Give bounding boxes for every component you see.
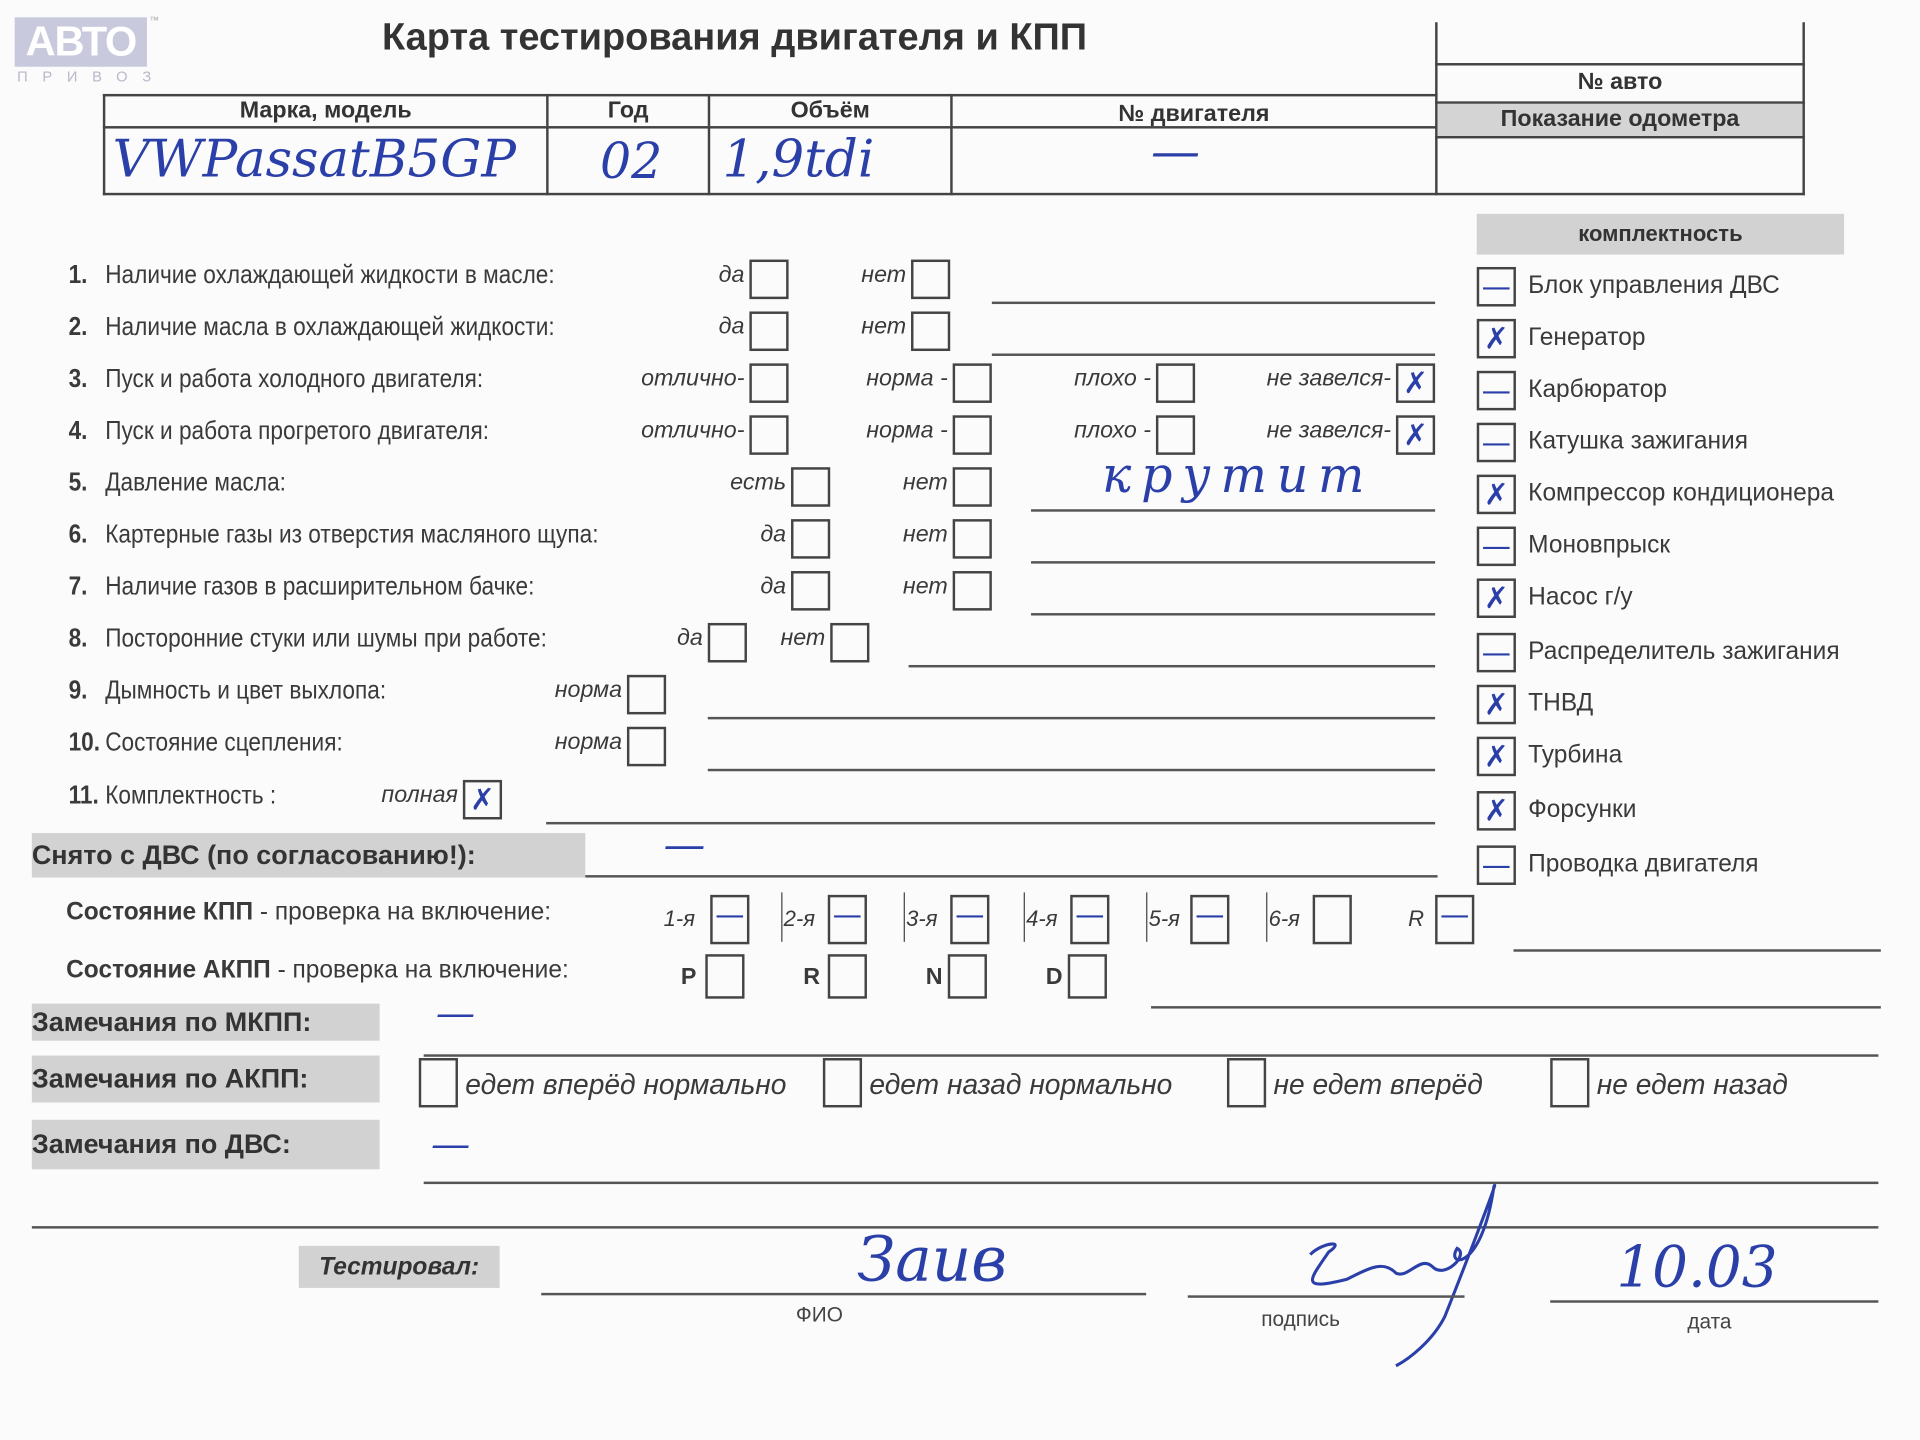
gear-label: 6-я	[1269, 906, 1300, 932]
remarks-dvs-line	[424, 1182, 1879, 1184]
gear-label: R	[1408, 906, 1424, 932]
note-line	[708, 769, 1435, 771]
remarks-dvs-value[interactable]: —	[431, 1120, 470, 1167]
name-line	[541, 1293, 1146, 1295]
gear-separator	[904, 892, 905, 941]
car-number-label: № авто	[1438, 69, 1803, 96]
note-line	[909, 665, 1436, 667]
signature[interactable]	[1273, 1180, 1518, 1372]
option-label: да	[760, 574, 786, 601]
gear-checkbox[interactable]: —	[1435, 895, 1474, 944]
option-checkbox[interactable]	[791, 467, 830, 507]
option-checkbox[interactable]	[749, 260, 788, 300]
note-line	[1031, 561, 1435, 563]
option-checkbox[interactable]	[627, 727, 666, 767]
option-label: плохо -	[1074, 418, 1151, 445]
kit-checkbox[interactable]: ✗	[1477, 791, 1516, 831]
dash-icon: —	[1479, 848, 1513, 883]
removed-label: Снято с ДВС (по согласованию!):	[32, 833, 585, 877]
tester-name-value[interactable]: Заив	[857, 1224, 1007, 1296]
kit-checkbox[interactable]: ✗	[1477, 475, 1516, 515]
odometer-value[interactable]	[1438, 138, 1803, 192]
option-label: не завелся-	[1267, 366, 1391, 393]
dash-icon: —	[1479, 373, 1513, 408]
gear-label: 3-я	[906, 906, 937, 932]
question-text: Состояние сцепления:	[105, 728, 343, 756]
question-5: 5.Давление масла:	[69, 468, 286, 498]
question-8: 8.Посторонние стуки или шумы при работе:	[69, 624, 547, 654]
dash-icon: —	[1073, 897, 1107, 941]
gear-label: 1-я	[664, 906, 695, 932]
question-7: 7.Наличие газов в расширительном бачке:	[69, 572, 535, 602]
option-checkbox[interactable]	[708, 623, 747, 663]
question-number: 6.	[69, 520, 106, 550]
page-title: Карта тестирования двигателя и КПП	[382, 15, 1087, 59]
option-checkbox[interactable]	[791, 571, 830, 611]
option-label: нет	[903, 470, 948, 497]
check-x-icon: ✗	[1398, 366, 1432, 401]
option-checkbox[interactable]	[911, 311, 950, 351]
check-x-icon: ✗	[1479, 739, 1513, 774]
note-line	[1031, 613, 1435, 615]
question-text: Давление масла:	[105, 468, 286, 496]
remarks-akpp-label: Замечания по АКПП:	[32, 1056, 380, 1103]
position-checkbox[interactable]	[705, 954, 744, 998]
note-line	[708, 717, 1435, 719]
auto-gearbox-label: Состояние АКПП - проверка на включение:	[66, 957, 569, 985]
kit-checkbox[interactable]: —	[1477, 845, 1516, 885]
kit-item-label: Проводка двигателя	[1528, 850, 1758, 878]
dash-icon: —	[1479, 269, 1513, 304]
manual-gearbox-line	[1513, 949, 1880, 951]
option-label: отлично-	[641, 418, 744, 445]
note-line	[992, 302, 1435, 304]
option-label: нет	[903, 574, 948, 601]
question-text: Дымность и цвет выхлопа:	[105, 676, 386, 704]
question-text: Наличие газов в расширительном бачке:	[105, 572, 534, 600]
akpp-option-checkbox[interactable]	[419, 1058, 458, 1107]
option-label: нет	[780, 625, 825, 652]
option-checkbox[interactable]	[749, 415, 788, 455]
option-label: нет	[903, 522, 948, 549]
option-label: нет	[861, 314, 906, 341]
kit-item-label: Насос г/у	[1528, 583, 1632, 611]
option-checkbox[interactable]	[627, 675, 666, 715]
signature-caption: подпись	[1261, 1308, 1340, 1333]
kit-item-label: Блок управления ДВС	[1528, 272, 1780, 300]
gear-separator	[1266, 892, 1267, 941]
question-10: 10.Состояние сцепления:	[69, 728, 343, 758]
option-label: не завелся-	[1267, 418, 1391, 445]
position-label: R	[803, 964, 820, 991]
check-x-icon: ✗	[1479, 321, 1513, 356]
note-line	[1031, 509, 1435, 511]
option-label: отлично-	[641, 366, 744, 393]
akpp-option-label: не едет вперёд	[1273, 1068, 1482, 1101]
kit-checkbox[interactable]: —	[1477, 267, 1516, 307]
dash-icon: —	[1479, 529, 1513, 564]
option-checkbox[interactable]	[1156, 363, 1195, 403]
akpp-option-checkbox[interactable]	[823, 1058, 862, 1107]
question-number: 9.	[69, 676, 106, 706]
position-label: P	[681, 964, 697, 991]
gear-separator	[781, 892, 782, 941]
gear-checkbox[interactable]: —	[1190, 895, 1229, 944]
question-number: 5.	[69, 468, 106, 498]
col-year: Год	[549, 98, 708, 125]
option-label: нет	[861, 262, 906, 289]
gear-checkbox[interactable]: —	[1070, 895, 1109, 944]
kit-item-label: Катушка зажигания	[1528, 428, 1748, 456]
check-x-icon: ✗	[1479, 477, 1513, 512]
date-value[interactable]: 10.03	[1616, 1234, 1777, 1301]
question-number: 3.	[69, 365, 106, 395]
question-number: 1.	[69, 261, 106, 291]
kit-checkbox[interactable]: ✗	[1477, 578, 1516, 618]
gear-checkbox[interactable]: —	[828, 895, 867, 944]
question-text: Пуск и работа прогретого двигателя:	[105, 417, 489, 445]
gear-checkbox[interactable]	[1313, 895, 1352, 944]
check-x-icon: ✗	[1479, 794, 1513, 829]
question-number: 4.	[69, 417, 106, 447]
volume-value[interactable]: 1,9tdi	[722, 129, 874, 190]
removed-line	[585, 875, 1437, 877]
kit-checkbox[interactable]: ✗	[1477, 737, 1516, 777]
option-checkbox[interactable]	[953, 519, 992, 559]
option-label: норма -	[866, 366, 948, 393]
remarks-mkpp-line	[424, 1054, 1879, 1056]
option-label: да	[719, 314, 745, 341]
signature-line	[1188, 1295, 1465, 1297]
option-checkbox[interactable]	[830, 623, 869, 663]
option-label: плохо -	[1074, 366, 1151, 393]
gear-label: 4-я	[1026, 906, 1057, 932]
kit-item-label: ТНВД	[1528, 690, 1593, 718]
remarks-dvs-label: Замечания по ДВС:	[32, 1120, 380, 1169]
check-x-icon: ✗	[1479, 581, 1513, 616]
position-label: N	[926, 964, 943, 991]
logo-tm: ™	[149, 15, 159, 26]
note-value[interactable]: крутит	[1102, 447, 1374, 504]
position-checkbox[interactable]	[948, 954, 987, 998]
logo-subtitle: ПРИВОЗ	[17, 68, 166, 85]
kit-item-label: Моновпрыск	[1528, 531, 1670, 559]
date-caption: дата	[1687, 1310, 1731, 1335]
kit-item-label: Турбина	[1528, 742, 1622, 770]
kit-checkbox[interactable]: —	[1477, 371, 1516, 411]
option-checkbox[interactable]	[953, 363, 992, 403]
kit-item-label: Карбюратор	[1528, 376, 1667, 404]
option-checkbox[interactable]	[749, 311, 788, 351]
kit-checkbox[interactable]: —	[1477, 633, 1516, 673]
question-2: 2.Наличие масла в охлаждающей жидкости:	[69, 313, 555, 343]
question-1: 1.Наличие охлаждающей жидкости в масле:	[69, 261, 555, 291]
manual-gearbox-label: Состояние КПП - проверка на включение:	[66, 899, 551, 927]
auto-gearbox-line	[1151, 1006, 1881, 1008]
gear-checkbox[interactable]: —	[950, 895, 989, 944]
kit-item-label: Распределитель зажигания	[1528, 638, 1839, 666]
dash-icon: —	[1193, 897, 1227, 941]
question-number: 7.	[69, 572, 106, 602]
option-label: полная	[381, 782, 458, 809]
kit-checkbox[interactable]: —	[1477, 527, 1516, 567]
gear-checkbox[interactable]: —	[710, 895, 749, 944]
name-caption: ФИО	[796, 1303, 843, 1328]
check-x-icon: ✗	[465, 782, 499, 817]
check-x-icon: ✗	[1479, 687, 1513, 722]
akpp-option-label: едет вперёд нормально	[465, 1068, 786, 1101]
dash-icon: —	[1479, 425, 1513, 460]
test-card-document: АВТО ™ ПРИВОЗ Карта тестирования двигате…	[0, 0, 1920, 1440]
engine-number-value[interactable]: —	[1151, 124, 1200, 181]
odometer-label: Показание одометра	[1438, 106, 1803, 133]
option-checkbox[interactable]: ✗	[1396, 415, 1435, 455]
question-6: 6.Картерные газы из отверстия масляного …	[69, 520, 599, 550]
option-label: норма	[555, 677, 622, 704]
question-11: 11.Комплектность :	[69, 781, 277, 811]
question-number: 11.	[69, 781, 106, 811]
option-checkbox[interactable]: ✗	[1396, 363, 1435, 403]
option-label: да	[677, 625, 703, 652]
kit-item-label: Форсунки	[1528, 796, 1636, 824]
option-checkbox[interactable]	[953, 415, 992, 455]
option-label: есть	[730, 470, 786, 497]
position-checkbox[interactable]	[1068, 954, 1107, 998]
option-label: норма -	[866, 418, 948, 445]
dash-icon: —	[1438, 897, 1472, 941]
question-9: 9.Дымность и цвет выхлопа:	[69, 676, 387, 706]
akpp-option-label: не едет назад	[1597, 1068, 1788, 1101]
tested-label: Тестировал:	[299, 1246, 500, 1288]
logo: АВТО	[15, 17, 147, 66]
question-text: Пуск и работа холодного двигателя:	[105, 365, 483, 393]
kit-item-label: Генератор	[1528, 324, 1645, 352]
dash-icon: —	[953, 897, 987, 941]
question-3: 3.Пуск и работа холодного двигателя:	[69, 365, 484, 395]
remarks-mkpp-label: Замечания по МКПП:	[32, 1004, 380, 1041]
option-checkbox[interactable]	[791, 519, 830, 559]
check-x-icon: ✗	[1398, 418, 1432, 453]
gear-separator	[1146, 892, 1147, 941]
akpp-option-label: едет назад нормально	[869, 1068, 1172, 1101]
year-value[interactable]: 02	[600, 133, 662, 190]
position-label: D	[1046, 964, 1063, 991]
remarks-mkpp-value[interactable]: —	[436, 989, 475, 1036]
kit-header: комплектность	[1477, 214, 1844, 255]
question-text: Наличие масла в охлаждающей жидкости:	[105, 313, 554, 341]
question-text: Наличие охлаждающей жидкости в масле:	[105, 261, 554, 289]
gear-label: 5-я	[1149, 906, 1180, 932]
question-text: Посторонние стуки или шумы при работе:	[105, 624, 547, 652]
question-text: Комплектность :	[105, 781, 276, 809]
option-checkbox[interactable]	[911, 260, 950, 300]
option-checkbox[interactable]	[749, 363, 788, 403]
question-number: 10.	[69, 728, 106, 758]
dash-icon: —	[830, 897, 864, 941]
make-model-value[interactable]: VWPassatB5GP	[113, 129, 516, 190]
removed-value[interactable]: —	[664, 821, 706, 870]
question-number: 8.	[69, 624, 106, 654]
option-checkbox[interactable]	[953, 467, 992, 507]
gear-label: 2-я	[784, 906, 815, 932]
col-make-model: Марка, модель	[105, 98, 546, 125]
dash-icon: —	[1479, 635, 1513, 670]
kit-checkbox[interactable]: ✗	[1477, 319, 1516, 359]
option-label: да	[719, 262, 745, 289]
date-line	[1550, 1300, 1878, 1302]
dash-icon: —	[713, 897, 747, 941]
option-label: норма	[555, 729, 622, 756]
option-checkbox[interactable]: ✗	[463, 780, 502, 820]
kit-checkbox[interactable]: —	[1477, 423, 1516, 463]
option-checkbox[interactable]	[953, 571, 992, 611]
kit-item-label: Компрессор кондиционера	[1528, 480, 1834, 508]
question-text: Картерные газы из отверстия масляного щу…	[105, 520, 598, 548]
col-volume: Объём	[710, 98, 950, 125]
question-4: 4.Пуск и работа прогретого двигателя:	[69, 417, 489, 447]
note-line	[992, 353, 1435, 355]
akpp-option-checkbox[interactable]	[1227, 1058, 1266, 1107]
question-number: 2.	[69, 313, 106, 343]
position-checkbox[interactable]	[828, 954, 867, 998]
gear-separator	[1024, 892, 1025, 941]
kit-checkbox[interactable]: ✗	[1477, 685, 1516, 725]
akpp-option-checkbox[interactable]	[1550, 1058, 1589, 1107]
option-label: да	[760, 522, 786, 549]
